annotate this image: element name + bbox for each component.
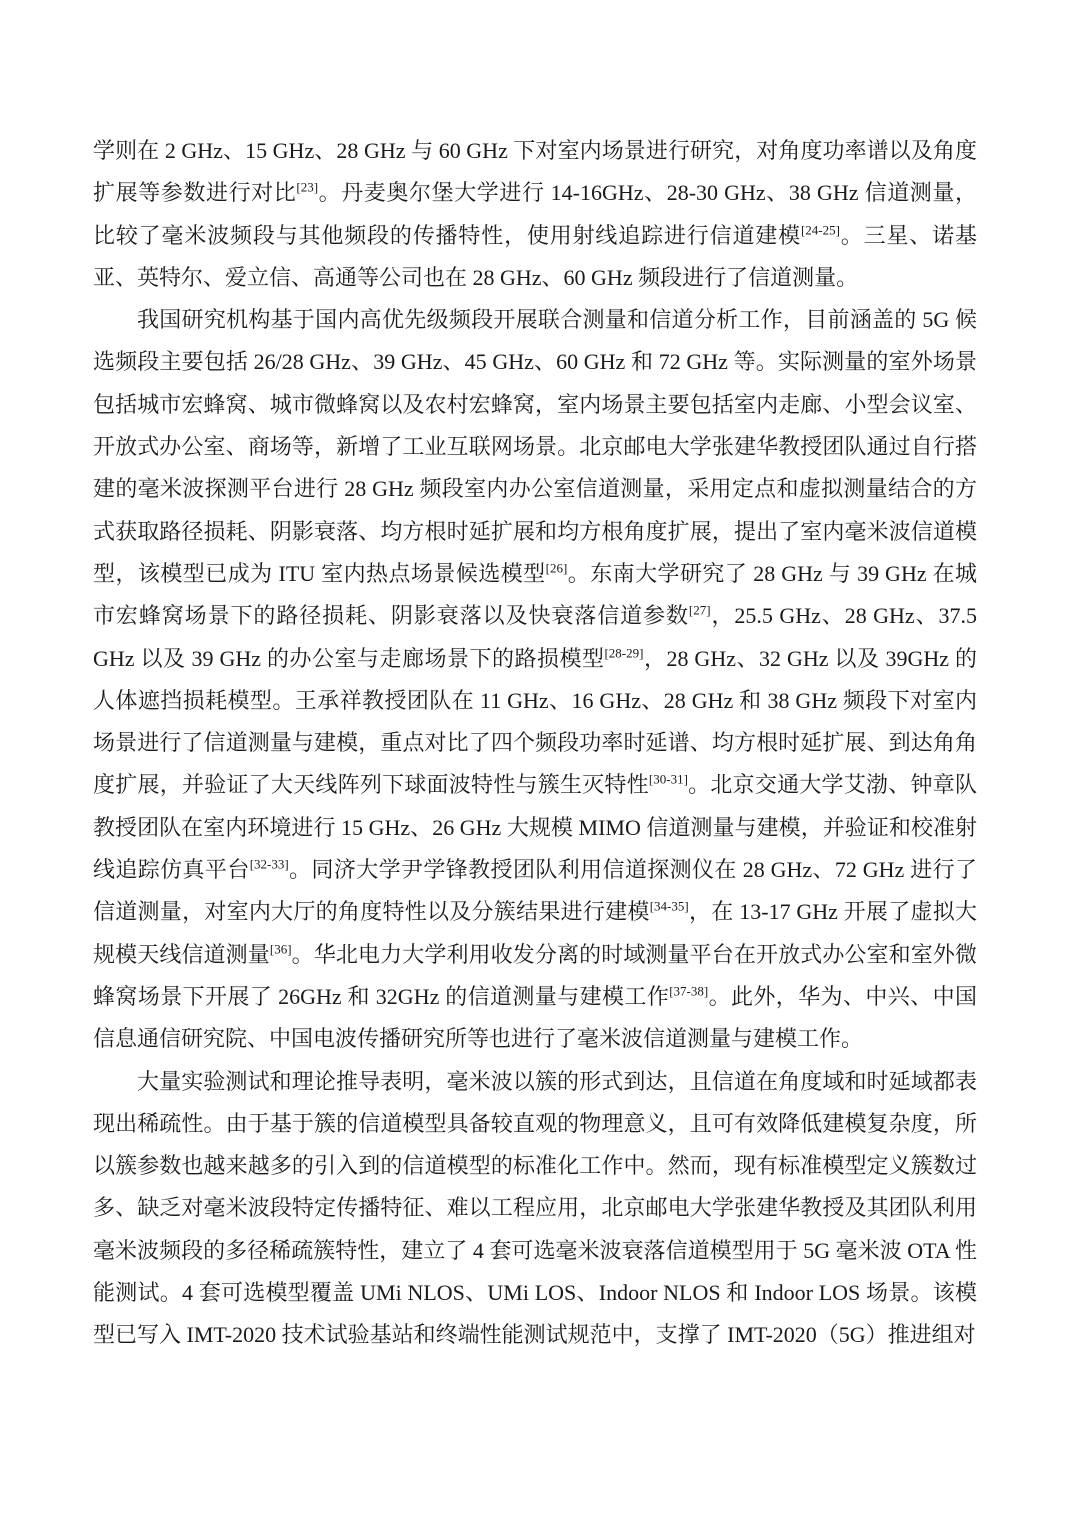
- paragraph-1: 学则在 2 GHz、15 GHz、28 GHz 与 60 GHz 下对室内场景进…: [93, 130, 977, 299]
- citation-ref: [27]: [689, 603, 711, 618]
- document-body: 学则在 2 GHz、15 GHz、28 GHz 与 60 GHz 下对室内场景进…: [93, 130, 977, 1357]
- paragraph-3: 大量实验测试和理论推导表明，毫米波以簇的形式到达，且信道在角度域和时延域都表现出…: [93, 1061, 977, 1357]
- citation-ref: [28-29]: [604, 645, 643, 660]
- citation-ref: [32-33]: [250, 857, 289, 872]
- citation-ref: [30-31]: [649, 772, 688, 787]
- citation-ref: [26]: [546, 561, 568, 576]
- citation-ref: [34-35]: [650, 899, 689, 914]
- citation-ref: [36]: [270, 941, 292, 956]
- text-run: 我国研究机构基于国内高优先级频段开展联合测量和信道分析工作，目前涵盖的 5G 候…: [93, 307, 977, 586]
- citation-ref: [23]: [296, 180, 318, 195]
- citation-ref: [37-38]: [669, 984, 708, 999]
- text-run: 大量实验测试和理论推导表明，毫米波以簇的形式到达，且信道在角度域和时延域都表现出…: [93, 1069, 977, 1348]
- paragraph-2: 我国研究机构基于国内高优先级频段开展联合测量和信道分析工作，目前涵盖的 5G 候…: [93, 299, 977, 1060]
- citation-ref: [24-25]: [801, 222, 840, 237]
- document-page: 学则在 2 GHz、15 GHz、28 GHz 与 60 GHz 下对室内场景进…: [0, 0, 1080, 1527]
